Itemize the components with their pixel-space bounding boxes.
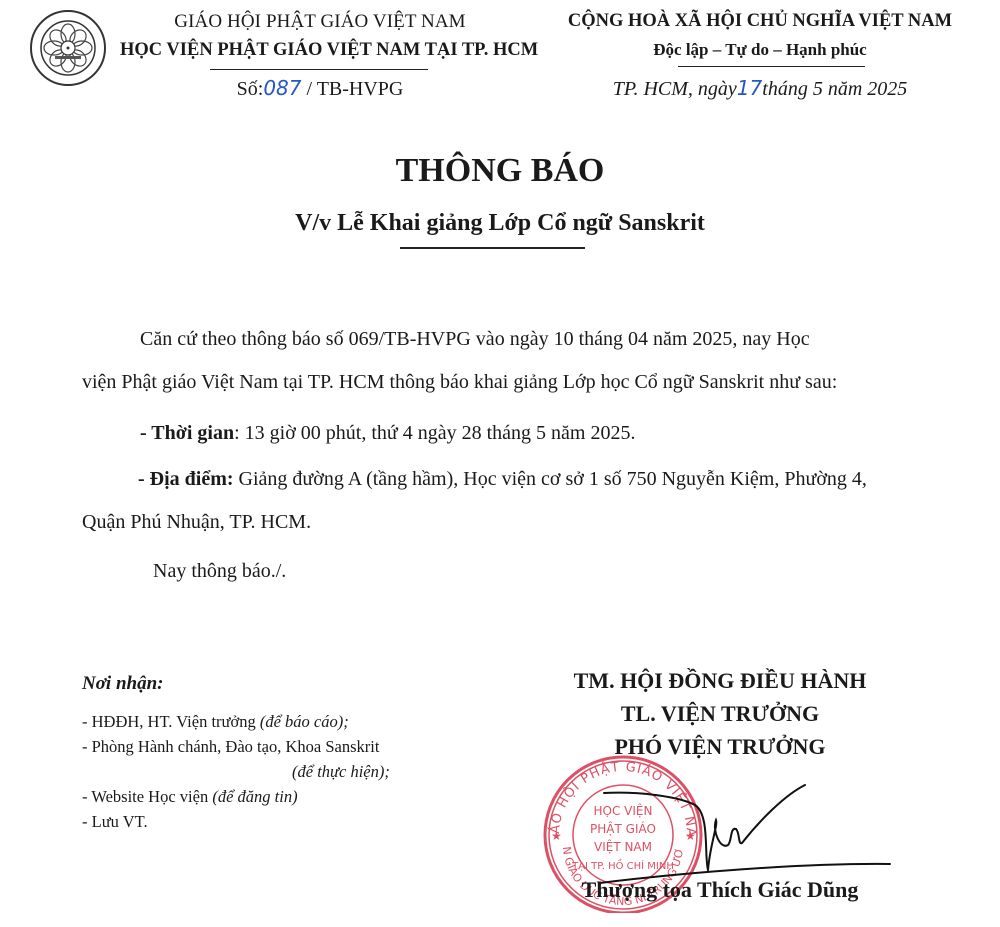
recipient-text: - HĐĐH, HT. Viện trưởng: [82, 712, 260, 731]
place-line-continued: Quận Phú Nhuận, TP. HCM.: [82, 511, 311, 534]
recipient-item: - HĐĐH, HT. Viện trưởng (để báo cáo);: [82, 712, 349, 732]
place-label: - Địa điểm:: [138, 468, 234, 490]
place-value: Giảng đường A (tầng hầm), Học viện cơ sở…: [234, 468, 867, 490]
recipient-text: - Website Học viện: [82, 787, 212, 806]
recipient-note: (để đăng tin): [212, 787, 297, 806]
document-number: Số:087 / TB-HVPG: [120, 76, 520, 101]
recipients-title: Nơi nhận:: [82, 673, 163, 695]
signature-authority-line: TM. HỘI ĐỒNG ĐIỀU HÀNH: [520, 668, 920, 694]
org-divider: [210, 69, 428, 70]
place-and-date: TP. HCM, ngày17tháng 5 năm 2025: [560, 76, 960, 101]
time-label: - Thời gian: [140, 422, 234, 444]
handwritten-number: 087: [263, 76, 301, 100]
recipient-text: - Lưu VT.: [82, 812, 148, 831]
body-paragraph-line: viện Phật giáo Việt Nam tại TP. HCM thôn…: [82, 371, 837, 394]
org-parent-name: GIÁO HỘI PHẬT GIÁO VIỆT NAM: [120, 11, 520, 33]
number-prefix: Số:: [237, 78, 264, 100]
closing-line: Nay thông báo./.: [153, 560, 286, 583]
recipient-note: (để thực hiện);: [292, 762, 390, 782]
national-motto: Độc lập – Tự do – Hạnh phúc: [560, 40, 960, 60]
number-suffix: / TB-HVPG: [307, 78, 404, 100]
recipient-item: - Website Học viện (để đăng tin): [82, 787, 298, 807]
place-line: - Địa điểm: Giảng đường A (tầng hầm), Họ…: [138, 468, 867, 491]
handwritten-signature-icon: [600, 765, 930, 885]
recipient-note: (để báo cáo);: [260, 712, 349, 731]
signature-authority-line: TL. VIỆN TRƯỞNG: [520, 701, 920, 727]
recipient-item: - Phòng Hành chánh, Đào tạo, Khoa Sanskr…: [82, 737, 379, 757]
recipient-item: - Lưu VT.: [82, 812, 148, 832]
subject-divider: [400, 247, 585, 249]
org-name: HỌC VIỆN PHẬT GIÁO VIỆT NAM TẠI TP. HCM: [120, 40, 520, 61]
time-value: : 13 giờ 00 phút, thứ 4 ngày 28 tháng 5 …: [234, 422, 635, 444]
time-line: - Thời gian: 13 giờ 00 phút, thứ 4 ngày …: [140, 422, 635, 445]
national-title: CỘNG HOÀ XÃ HỘI CHỦ NGHĨA VIỆT NAM: [560, 11, 960, 32]
handwritten-day: 17: [737, 76, 762, 100]
academy-logo-icon: [28, 9, 108, 87]
motto-divider: [678, 66, 865, 67]
document-title: THÔNG BÁO: [0, 152, 1000, 190]
signer-name: Thượng tọa Thích Giác Dũng: [520, 877, 920, 903]
document-subject: V/v Lễ Khai giảng Lớp Cổ ngữ Sanskrit: [0, 210, 1000, 237]
body-paragraph-line: Căn cứ theo thông báo số 069/TB-HVPG vào…: [140, 328, 810, 351]
date-suffix: tháng 5 năm 2025: [762, 78, 907, 100]
date-prefix: TP. HCM, ngày: [613, 78, 737, 100]
svg-text:★: ★: [551, 829, 562, 843]
recipient-text: - Phòng Hành chánh, Đào tạo, Khoa Sanskr…: [82, 737, 379, 756]
